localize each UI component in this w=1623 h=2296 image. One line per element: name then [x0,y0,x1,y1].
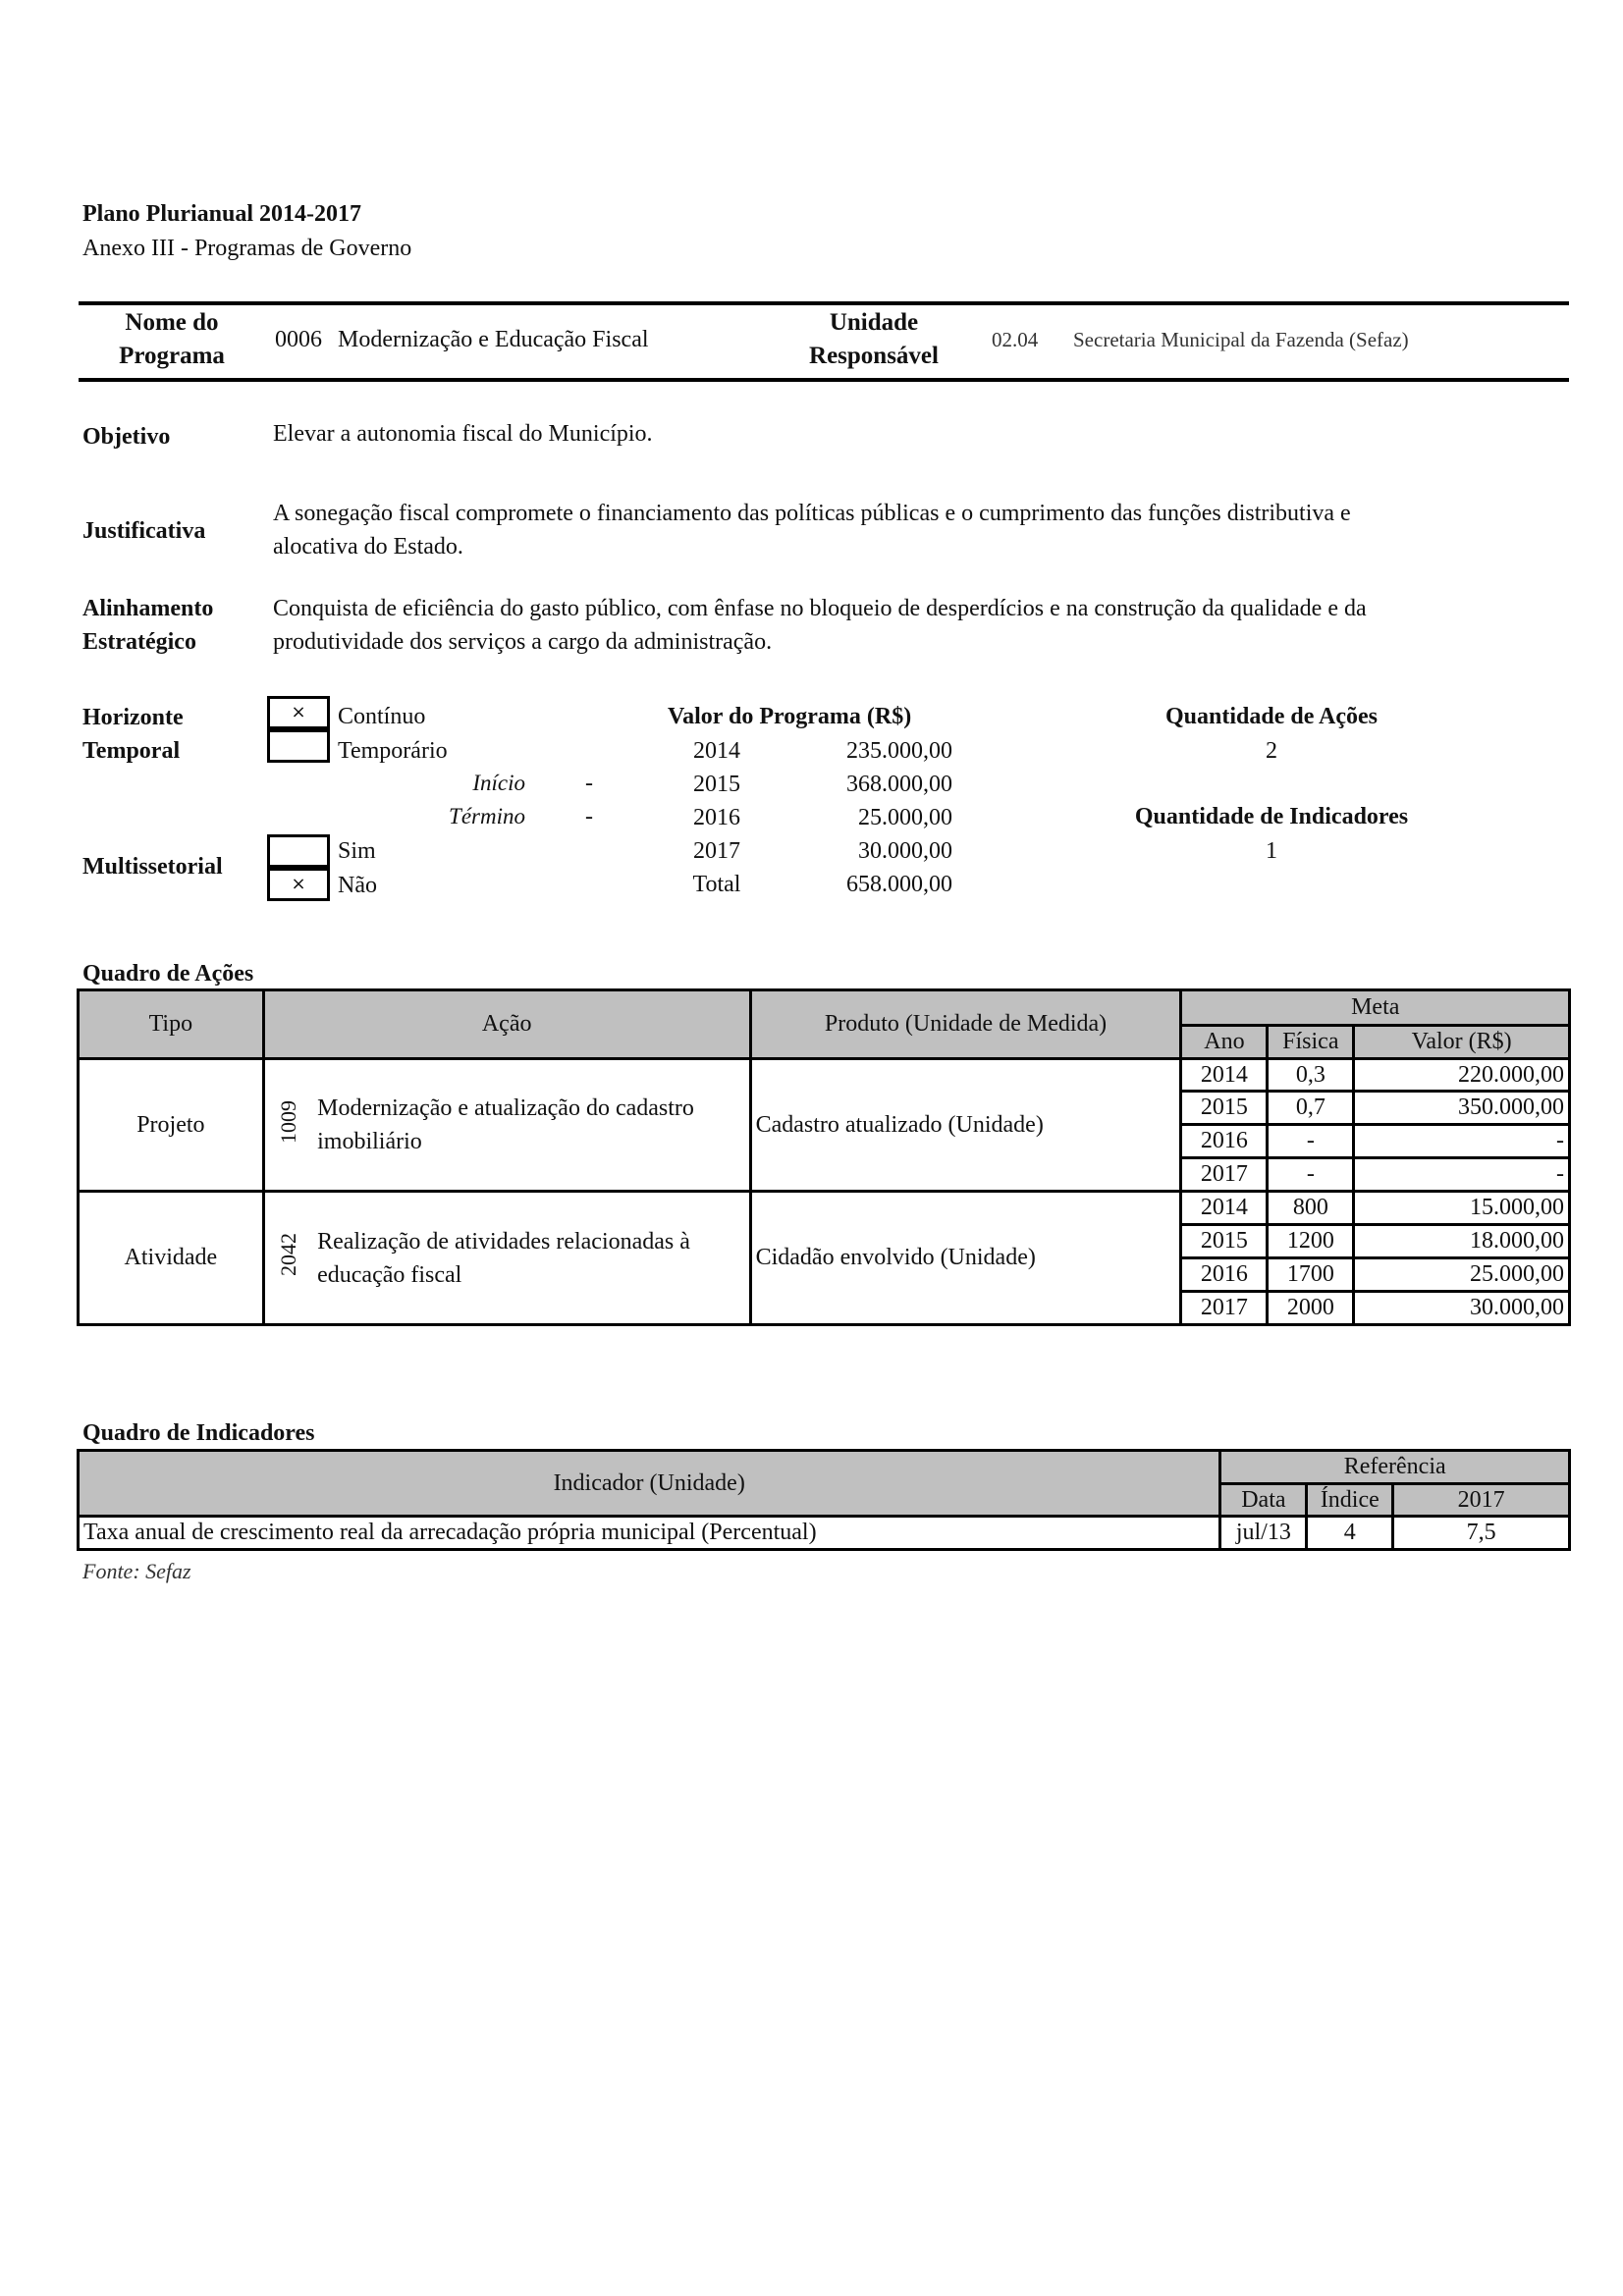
valor-amount: 30.000,00 [756,834,952,868]
qtd-indicadores-label: Quantidade de Indicadores [1080,800,1463,833]
unit-name: Secretaria Municipal da Fazenda (Sefaz) [1073,328,1409,352]
quadro-indicadores-title: Quadro de Indicadores [82,1416,315,1450]
alinhamento-text: Conquista de eficiência do gasto público… [273,592,1367,659]
valor-programa-title: Valor do Programa (R$) [668,700,911,733]
valor-amount: 658.000,00 [756,868,952,901]
meta-fisica: 1200 [1268,1225,1354,1258]
header-data: Data [1220,1484,1307,1517]
header-valor: Valor (R$) [1354,1026,1570,1059]
acao-descricao-line1: Modernização e atualização do cadastro [317,1092,744,1125]
meta-fisica: 0,3 [1268,1059,1354,1092]
multissetorial-label: Multissetorial [82,850,223,883]
meta-fisica: - [1268,1125,1354,1158]
qtd-acoes-label: Quantidade de Ações [1080,700,1463,733]
valor-row: 2015 368.000,00 [677,768,952,801]
meta-valor: 15.000,00 [1354,1192,1570,1225]
horizonte-label: Horizonte Temporal [82,701,184,768]
header-ano: Ano [1181,1026,1268,1059]
unit-label-line2: Responsável [785,340,962,373]
qtd-acoes-value: 2 [1080,734,1463,768]
checkbox-continuo[interactable]: × [267,696,330,729]
meta-ano: 2017 [1181,1158,1268,1192]
objetivo-text: Elevar a autonomia fiscal do Município. [273,417,653,451]
document-subtitle: Anexo III - Programas de Governo [82,236,411,262]
label-sim: Sim [338,834,376,868]
valor-row: 2017 30.000,00 [677,834,952,868]
valor-amount: 235.000,00 [756,734,952,768]
alinhamento-label: Alinhamento Estratégico [82,592,213,659]
acao-codigo-cell: 1009 [263,1059,313,1192]
inicio-value: - [585,767,593,800]
indicador-data: jul/13 [1220,1517,1307,1550]
valor-amount: 368.000,00 [756,768,952,801]
meta-fisica: - [1268,1158,1354,1192]
acao-tipo: Atividade [79,1192,264,1325]
quadro-indicadores-table: Indicador (Unidade) Referência Data Índi… [77,1449,1571,1551]
meta-valor: 25.000,00 [1354,1258,1570,1292]
checkbox-temporario[interactable] [267,729,330,763]
meta-valor: 350.000,00 [1354,1092,1570,1125]
valor-year: 2015 [677,768,756,801]
acao-produto: Cadastro atualizado (Unidade) [750,1059,1181,1192]
meta-ano: 2016 [1181,1125,1268,1158]
justificativa-label: Justificativa [82,514,205,548]
checkbox-sim[interactable] [267,834,330,868]
meta-valor: - [1354,1158,1570,1192]
valor-year: 2017 [677,834,756,868]
valor-year: 2014 [677,734,756,768]
meta-ano: 2015 [1181,1092,1268,1125]
header-meta: Meta [1181,990,1570,1026]
meta-valor: 18.000,00 [1354,1225,1570,1258]
meta-fisica: 1700 [1268,1258,1354,1292]
valor-row-total: Total 658.000,00 [677,868,952,901]
meta-fisica: 800 [1268,1192,1354,1225]
valor-year: Total [677,868,756,901]
checkbox-nao[interactable]: × [267,868,330,901]
horizonte-label-line1: Horizonte [82,701,184,734]
valor-programa-list: 2014 235.000,00 2015 368.000,00 2016 25.… [677,734,952,901]
justificativa-line2: alocativa do Estado. [273,530,1351,563]
header-fisica: Física [1268,1026,1354,1059]
header-2017: 2017 [1393,1484,1570,1517]
indicador-meta-2017: 7,5 [1393,1517,1570,1550]
header-acao: Ação [263,990,750,1059]
acao-descricao-line1: Realização de atividades relacionadas à [317,1225,744,1258]
document-title: Plano Plurianual 2014-2017 [82,201,361,228]
table-row: Projeto 1009 Modernização e atualização … [79,1059,1570,1092]
acao-tipo: Projeto [79,1059,264,1192]
program-name-label: Nome do Programa [98,306,245,373]
acao-codigo: 1009 [276,1100,301,1144]
program-code: 0006 [275,326,322,353]
valor-row: 2014 235.000,00 [677,734,952,768]
label-nao: Não [338,869,377,902]
unit-label-line1: Unidade [785,306,962,340]
meta-fisica: 2000 [1268,1292,1354,1325]
label-continuo: Contínuo [338,700,425,733]
unit-code: 02.04 [992,328,1038,352]
program-name-label-line2: Programa [98,340,245,373]
inicio-label: Início [393,771,525,796]
unit-label: Unidade Responsável [785,306,962,373]
valor-amount: 25.000,00 [756,801,952,834]
meta-ano: 2015 [1181,1225,1268,1258]
meta-ano: 2014 [1181,1059,1268,1092]
meta-fisica: 0,7 [1268,1092,1354,1125]
justificativa-line1: A sonegação fiscal compromete o financia… [273,497,1351,530]
program-name: Modernização e Educação Fiscal [338,326,649,353]
alinhamento-label-line2: Estratégico [82,625,213,659]
valor-year: 2016 [677,801,756,834]
quadro-acoes-title: Quadro de Ações [82,957,253,990]
indicador-nome: Taxa anual de crescimento real da arreca… [79,1517,1220,1550]
program-name-label-line1: Nome do [98,306,245,340]
horizonte-label-line2: Temporal [82,734,184,768]
objetivo-label: Objetivo [82,420,170,454]
acao-codigo: 2042 [276,1233,301,1276]
meta-ano: 2014 [1181,1192,1268,1225]
alinhamento-line2: produtividade dos serviços a cargo da ad… [273,625,1367,659]
header-top-rule [79,301,1569,305]
acao-descricao: Realização de atividades relacionadas à … [313,1192,750,1325]
qtd-indicadores-value: 1 [1080,834,1463,868]
meta-ano: 2016 [1181,1258,1268,1292]
acao-produto: Cidadão envolvido (Unidade) [750,1192,1181,1325]
header-referencia: Referência [1220,1451,1570,1484]
alinhamento-label-line1: Alinhamento [82,592,213,625]
table-row: Atividade 2042 Realização de atividades … [79,1192,1570,1225]
header-indicador: Indicador (Unidade) [79,1451,1220,1517]
header-bottom-rule [79,378,1569,382]
meta-valor: 220.000,00 [1354,1059,1570,1092]
header-indice: Índice [1307,1484,1393,1517]
indicador-indice: 4 [1307,1517,1393,1550]
acao-descricao: Modernização e atualização do cadastro i… [313,1059,750,1192]
valor-row: 2016 25.000,00 [677,801,952,834]
meta-ano: 2017 [1181,1292,1268,1325]
termino-value: - [585,800,593,833]
quadro-acoes-table: Tipo Ação Produto (Unidade de Medida) Me… [77,988,1571,1326]
label-temporario: Temporário [338,734,448,768]
header-tipo: Tipo [79,990,264,1059]
termino-label: Término [393,804,525,829]
justificativa-text: A sonegação fiscal compromete o financia… [273,497,1351,563]
alinhamento-line1: Conquista de eficiência do gasto público… [273,592,1367,625]
fonte-note: Fonte: Sefaz [82,1559,191,1584]
table-row: Taxa anual de crescimento real da arreca… [79,1517,1570,1550]
acao-descricao-line2: educação fiscal [317,1258,744,1292]
meta-valor: - [1354,1125,1570,1158]
acao-codigo-cell: 2042 [263,1192,313,1325]
header-produto: Produto (Unidade de Medida) [750,990,1181,1059]
meta-valor: 30.000,00 [1354,1292,1570,1325]
acao-descricao-line2: imobiliário [317,1125,744,1158]
